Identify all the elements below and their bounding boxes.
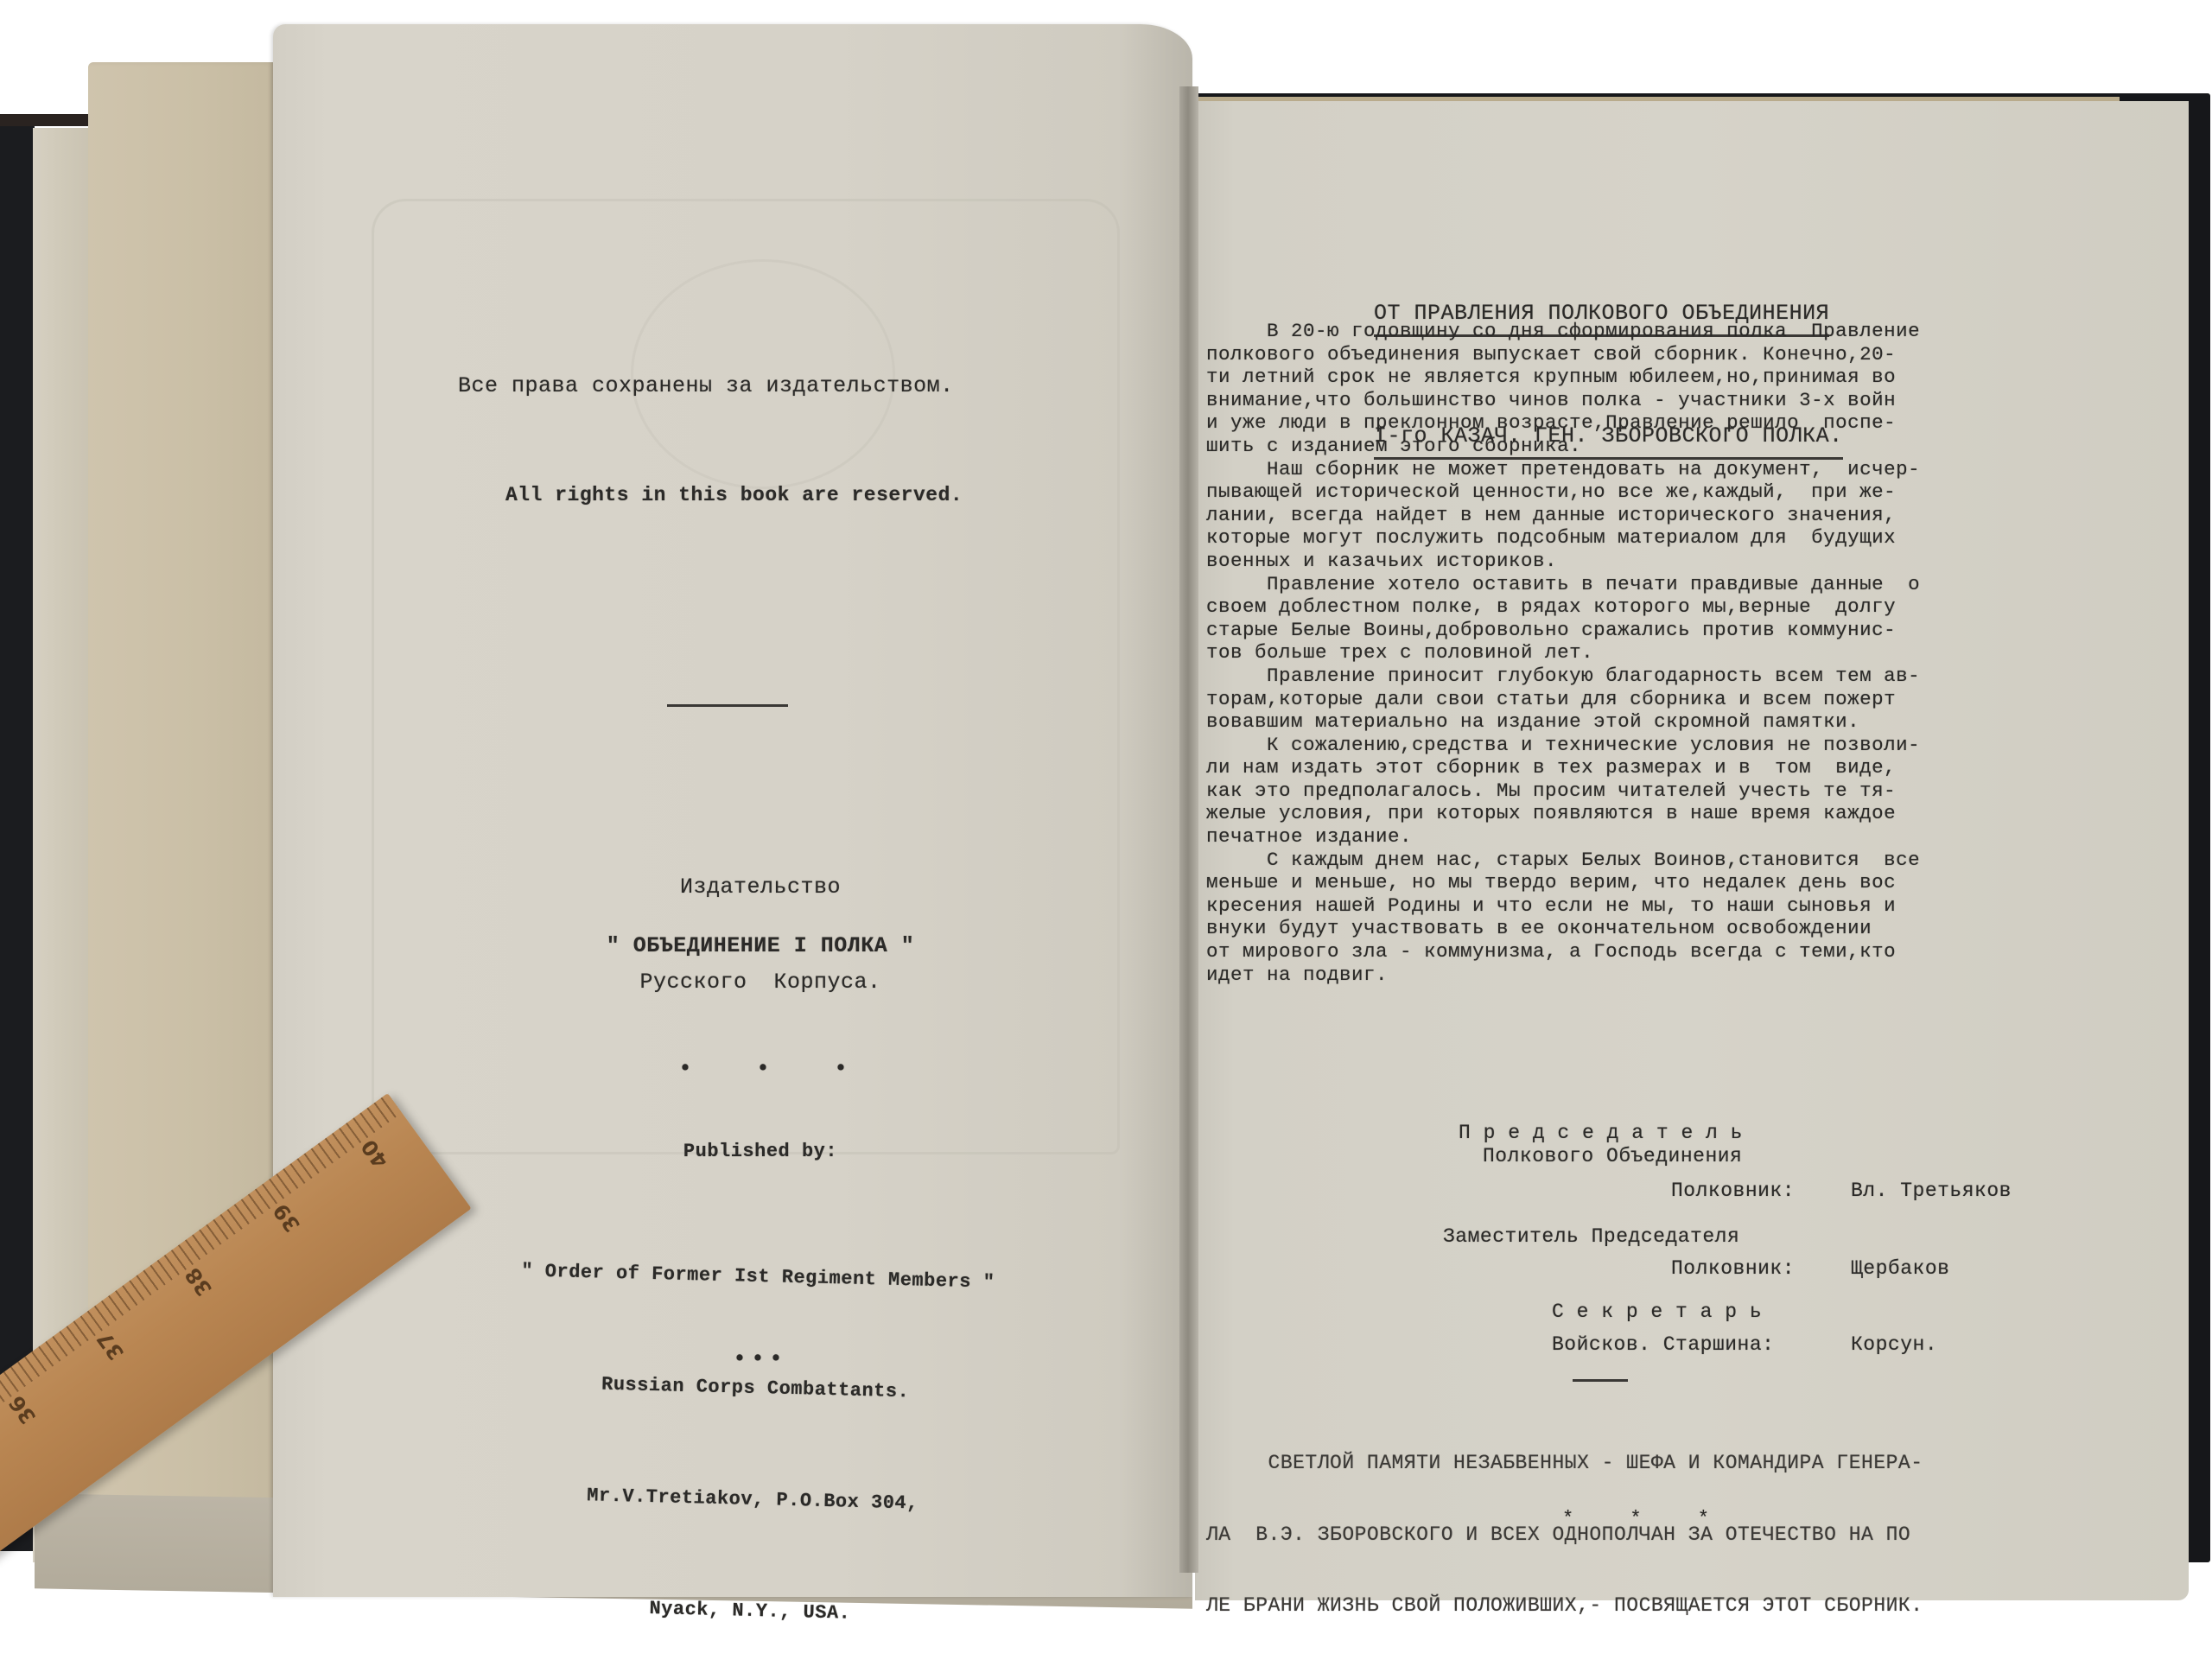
dedication-line: СВЕТЛОЙ ПАМЯТИ НЕЗАБВЕННЫХ - ШЕФА И КОМА… <box>1206 1452 2113 1476</box>
publisher-sub-ru: Русского Корпуса. <box>484 970 1037 995</box>
body-line: печатное издание. <box>1206 825 2079 849</box>
body-line: и уже люди в преклонном возрасте,Правлен… <box>1206 411 2079 435</box>
chairman-rank: Полковник: <box>1671 1180 1795 1203</box>
body-line: которые могут послужить подсобным матери… <box>1206 526 2079 550</box>
publisher-line: Nyack, N.Y., USA. <box>473 1586 1027 1637</box>
deputy-rank: Полковник: <box>1671 1257 1795 1281</box>
body-line: К сожалению,средства и технические услов… <box>1206 734 2079 757</box>
body-line: полкового объединения выпускает свой сбо… <box>1206 343 2079 366</box>
deputy-name: Щербаков <box>1851 1257 1949 1281</box>
chairman-title: П р е д с е д а т е л ь <box>1459 1122 1743 1145</box>
body-line: Правление хотело оставить в печати правд… <box>1206 573 2079 596</box>
secretary-name: Корсун. <box>1851 1333 1937 1357</box>
body-line: пывающей исторической ценности,но все же… <box>1206 480 2079 504</box>
body-line: внимание,что большинство чинов полка - у… <box>1206 389 2079 412</box>
chairman-name: Вл. Третьяков <box>1851 1180 2012 1203</box>
body-line: ли нам издать этот сборник в тех размера… <box>1206 756 2079 779</box>
publisher-line: " Order of Former Ist Regiment Members " <box>481 1251 1035 1302</box>
body-line: военных и казачьих историков. <box>1206 550 2079 573</box>
body-line: кресения нашей Родины и что если не мы, … <box>1206 894 2079 918</box>
body-line: желые условия, при которых появляются в … <box>1206 802 2079 825</box>
secretary-rank: Войсков. Старшина: <box>1552 1333 1774 1357</box>
dedication-line: ЛЕ БРАНИ ЖИЗНЬ СВОЙ ПОЛОЖИВШИХ,- ПОСВЯЩА… <box>1206 1594 2113 1619</box>
chairman-org: Полкового Объединения <box>1483 1145 1742 1168</box>
publisher-line: Mr.V.Tretiakov, P.O.Box 304, <box>476 1474 1030 1525</box>
body-line: как это предполагалось. Мы просим читате… <box>1206 779 2079 803</box>
publisher-label-ru: Издательство <box>484 874 1037 900</box>
book-cover-left <box>0 117 35 1551</box>
body-line: С каждым днем нас, старых Белых Воинов,с… <box>1206 849 2079 872</box>
body-line: торам,которые дали свои статьи для сборн… <box>1206 688 2079 711</box>
end-stars: * * * <box>1562 1508 1732 1530</box>
end-dots: ••• <box>484 1346 1037 1371</box>
published-by-label: Published by: <box>484 1141 1037 1162</box>
publisher-name-ru: " ОБЪЕДИНЕНИЕ I ПОЛКА " <box>484 933 1037 958</box>
foreword-body: В 20-ю годовщину со дня сформирования по… <box>1206 320 2079 986</box>
body-line: вовавшим материально на издание этой скр… <box>1206 710 2079 734</box>
body-line: внуки будут участвовать в ее окончательн… <box>1206 917 2079 940</box>
divider-rule <box>1573 1379 1628 1382</box>
rights-notice-ru: Все права сохранены за издательством. <box>458 373 954 398</box>
body-line: меньше и меньше, но мы твердо верим, что… <box>1206 871 2079 894</box>
body-line: шить с изданием этого сборника. <box>1206 435 2079 458</box>
book-gutter <box>1179 86 1198 1573</box>
separator-dots: • • • <box>499 1056 1052 1081</box>
body-line: Правление приносит глубокую благодарност… <box>1206 665 2079 688</box>
body-line: ти летний срок не является крупным юбиле… <box>1206 366 2079 389</box>
body-line: Наш сборник не может претендовать на док… <box>1206 458 2079 481</box>
body-line: В 20-ю годовщину со дня сформирования по… <box>1206 320 2079 343</box>
body-line: своем доблестном полке, в рядах которого… <box>1206 595 2079 619</box>
body-line: тов больше трех с половиной лет. <box>1206 641 2079 665</box>
body-line: идет на подвиг. <box>1206 964 2079 987</box>
divider-rule <box>667 704 788 707</box>
body-line: от мирового зла - коммунизма, а Господь … <box>1206 940 2079 964</box>
publisher-address-en: " Order of Former Ist Regiment Members "… <box>472 1177 1036 1673</box>
body-line: старые Белые Воины,добровольно сражались… <box>1206 619 2079 642</box>
book-cover-left-edge <box>0 114 88 126</box>
deputy-title: Заместитель Председателя <box>1443 1225 1739 1249</box>
body-line: лании, всегда найдет в нем данные истори… <box>1206 504 2079 527</box>
rights-notice-en: All rights in this book are reserved. <box>505 484 963 506</box>
secretary-title: С е к р е т а р ь <box>1552 1301 1762 1324</box>
